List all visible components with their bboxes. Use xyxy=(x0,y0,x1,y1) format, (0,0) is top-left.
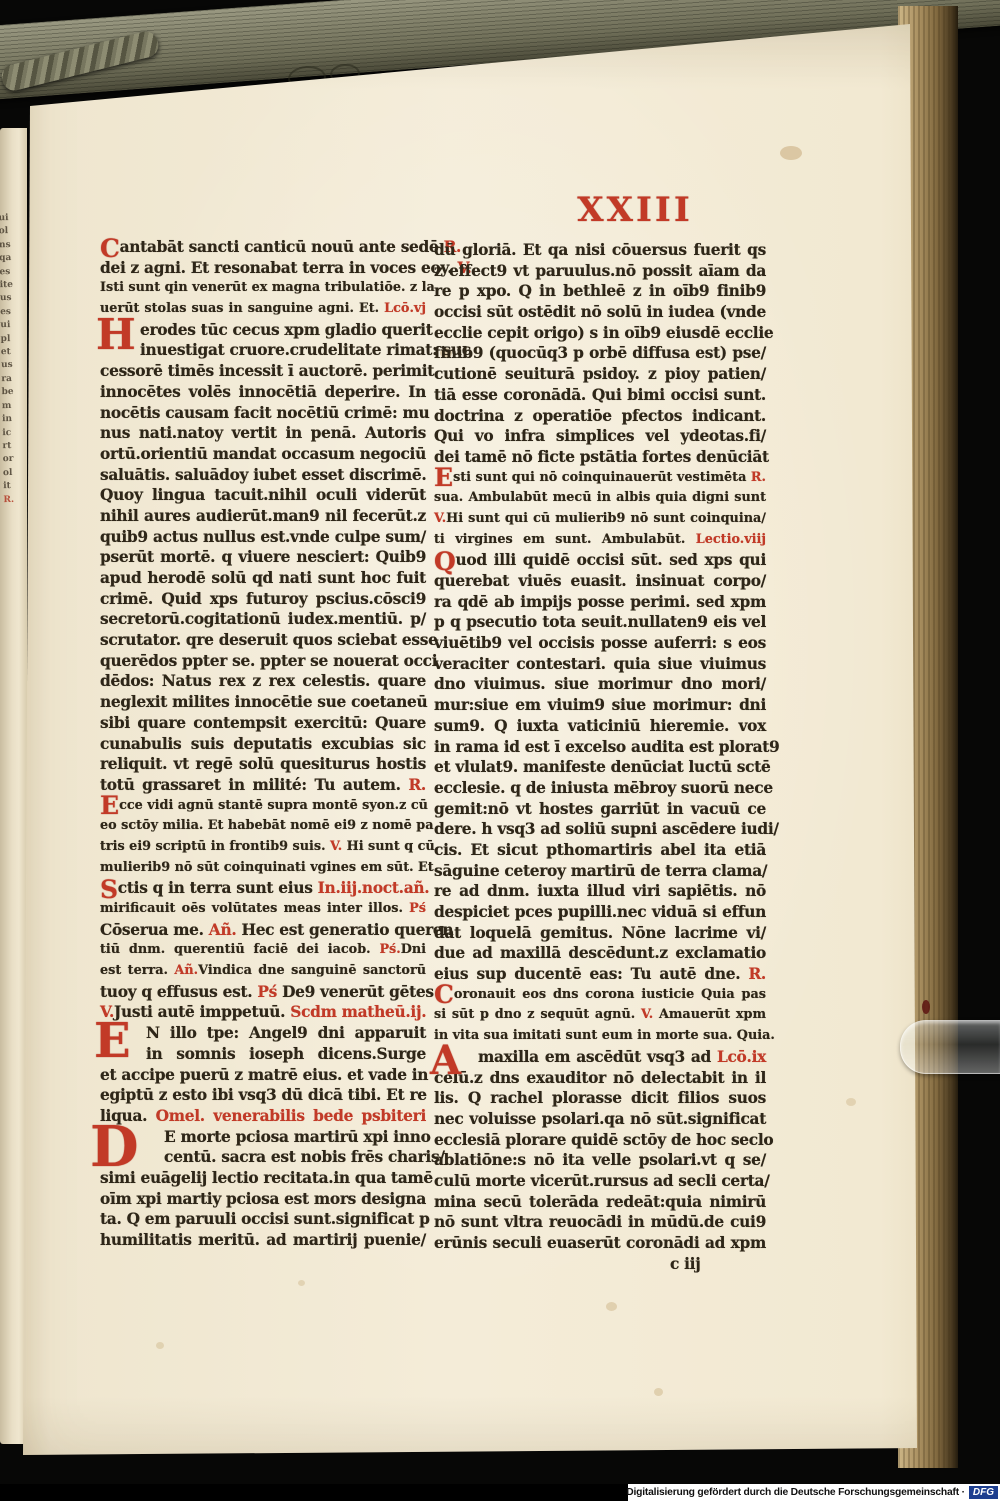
text-line: celū.z dns exauditor nō delectabit in il xyxy=(434,1068,766,1089)
text-line: occisi sūt ostēdit nō solū in iudea (vnd… xyxy=(434,302,766,323)
text-line: eius sup ducentē eas: Tu autē dne. R. xyxy=(434,964,766,985)
text-line: in vita sua imitati sunt eum in morte su… xyxy=(434,1026,766,1047)
scanned-book-page: { "page_number": "XXIII", "signature_mar… xyxy=(0,0,1000,1501)
text-line: despiciet pces pupilli.nec viduā si effu… xyxy=(434,902,766,923)
facing-page-text-fragments: uiolnsqaesiteusesuipletusrabeminicrtorol… xyxy=(0,212,24,507)
banner-row: Digitalisierung gefördert durch die Deut… xyxy=(0,1484,1000,1501)
text-line: E morte pciosa martirū xpi inno xyxy=(100,1127,426,1148)
text-line: dei tamē nō ficte pstātia fortes denūciā… xyxy=(434,447,766,468)
drop-cap-D: D xyxy=(90,1125,139,1171)
text-line: reliquit. vt regē solū quesiturus hostis xyxy=(100,754,426,775)
gutter-sliver-facing-page: uiolnsqaesiteusesuipletusrabeminicrtorol… xyxy=(0,128,27,1444)
text-line: crimē. Quid xps futuroy pscius.cōsci9 xyxy=(100,589,426,610)
text-line: Cōserua me. Añ. Hec est generatio queren xyxy=(100,920,426,941)
text-line: V.Justi autē imppetuū. Scdm matheū.ij. xyxy=(100,1002,426,1023)
text-line: oīm xpi martiy pciosa est mors designa xyxy=(100,1189,426,1210)
text-line: nocētis causam facit nocētiū crimē: mu xyxy=(100,403,426,424)
text-line: ecclie cepit origo) s in oīb9 eiusdē ecc… xyxy=(434,323,766,344)
text-line: dū gloriā. Et qa nisi cōuersus fuerit qs xyxy=(434,240,766,261)
text-line: querēdos ppter se. ppter se nouerat occi xyxy=(100,651,426,672)
text-line: totū grassaret in milité: Tu autem. R. xyxy=(100,775,426,796)
text-line: scrutator. qre deseruit quos sciebat ess… xyxy=(100,630,426,651)
text-line: est terra. Añ.Vindica dne sanguinē sanct… xyxy=(100,961,426,982)
text-line: neglexit milites innocētie sue coetaneū xyxy=(100,692,426,713)
drop-cap-A: A xyxy=(430,1045,461,1078)
text-line: mulierib9 nō sūt coinquinati vgines em s… xyxy=(100,858,426,879)
text-line: ta. Q em paruuli occisi sunt.significat … xyxy=(100,1209,426,1230)
text-line: sum9. Q iuxta vaticiniū hieremie. vox xyxy=(434,716,766,737)
text-column-left: Cantabāt sancti canticū nouū ante sedē R… xyxy=(100,237,426,1251)
text-line: innocētes volēs innocētiā deperire. In xyxy=(100,382,426,403)
text-line: dat loquelā gemitus. Nōne lacrime vi/ xyxy=(434,923,766,944)
text-line: sibi quare contempsit exercitū: Quare xyxy=(100,713,426,734)
text-line: maxilla em ascēdūt vsq3 ad Lcō.ix xyxy=(434,1047,766,1068)
text-line: nec voluisse psolari.qa nō sūt.significa… xyxy=(434,1109,766,1130)
text-line: ecclesie. q de iniusta mēbroy suorū nece xyxy=(434,778,766,799)
text-line: Sctis q in terra sunt eius In.iij.noct.a… xyxy=(100,878,426,899)
text-line: ti virgines em sunt. Ambulabūt. Lectio.v… xyxy=(434,530,766,551)
text-line: p q psecutio tota seuit.nullaten9 eis ve… xyxy=(434,612,766,633)
text-line: nihil aures audierūt.man9 nil fecerūt.z xyxy=(100,506,426,527)
text-line: due ad maxillā descēdunt.z exclamatio xyxy=(434,943,766,964)
fore-edge-stain xyxy=(922,1000,930,1014)
text-line: re ad dnm. iuxta illud viri sapiētis. nō xyxy=(434,881,766,902)
dfg-banner: Digitalisierung gefördert durch die Deut… xyxy=(628,1484,1000,1501)
text-line: erodes tūc cecus xpm gladio querit xyxy=(100,320,426,341)
text-line: dno viuimus. siue morimur dno mori/ xyxy=(434,674,766,695)
text-line: tiā esse coronādā. Qui bimi occisi sunt. xyxy=(434,385,766,406)
text-line: in somnis ioseph dicens.Surge xyxy=(100,1044,426,1065)
text-line: re p xpo. Q in bethleē z in oīb9 finib9 xyxy=(434,281,766,302)
text-line: egiptū z esto ibi vsq3 dū dicā tibi. Et … xyxy=(100,1085,426,1106)
text-line: Qui vo infra simplices vel ydeotas.fi/ xyxy=(434,426,766,447)
text-line: Isti sunt qin venerūt ex magna tribulati… xyxy=(100,278,426,299)
text-line: tris ei9 scriptū in frontib9 suis. V. Hi… xyxy=(100,837,426,858)
text-line: cutionē seuiturā psidoy. z pioy patien/ xyxy=(434,364,766,385)
text-line: sāguine ceteroy martirū de terra clama/ xyxy=(434,861,766,882)
text-line: tiū dnm. querentiū faciē dei iacob. Pś.D… xyxy=(100,940,426,961)
text-line: ablatiōne:s nō ita velle psolari.vt q se… xyxy=(434,1150,766,1171)
text-line: tuoy q effusus est. Pś De9 venerūt gētes xyxy=(100,982,426,1003)
text-line: dēdos: Natus rex z rex celestis. quare xyxy=(100,671,426,692)
text-line: gemit:nō vt hostes garriūt in vacuū ce xyxy=(434,799,766,820)
page-number: XXIII xyxy=(560,190,710,230)
text-line: saluātis. saluādoy iubet esset discrimē. xyxy=(100,465,426,486)
text-line: Esti sunt qui nō coinquinauerūt vestimēt… xyxy=(434,468,766,489)
text-line: Quoy lingua tacuit.nihil oculi viderūt xyxy=(100,485,426,506)
text-line: Quod illi quidē occisi sūt. sed xps qui xyxy=(434,550,766,571)
text-line: ortū.orientiū mandat occasum negociū xyxy=(100,444,426,465)
text-line: ra qdē ab impijs posse perimi. sed xpm xyxy=(434,592,766,613)
text-line: simi euāgelij lectio recitata.in qua tam… xyxy=(100,1168,426,1189)
text-line: Coronauit eos dns corona iusticie Quia p… xyxy=(434,985,766,1006)
banner-text: Digitalisierung gefördert durch die Deut… xyxy=(626,1487,965,1498)
text-line: viuētib9 vel occisis posse auferri: s eo… xyxy=(434,633,766,654)
text-line: Ecce vidi agnū stantē supra montē syon.z… xyxy=(100,796,426,817)
text-line: lis. Q rachel plorasse dicit filios suos xyxy=(434,1088,766,1109)
text-line: si sūt p dno z sequūt agnū. V. Amauerūt … xyxy=(434,1005,766,1026)
text-line: culū morte vicerūt.rursus ad secli certa… xyxy=(434,1171,766,1192)
text-line: in rama id est ī excelso audita est plor… xyxy=(434,737,766,758)
page-holder-strip xyxy=(900,1020,1000,1074)
text-line: liqua. Omel. venerabilis bede psbiteri xyxy=(100,1106,426,1127)
text-line: uerūt stolas suas in sanguine agni. Et. … xyxy=(100,299,426,320)
text-line: mina secū tolerāda redeāt:quia nimirū xyxy=(434,1192,766,1213)
text-line: z effect9 vt paruulus.nō possit aīam da xyxy=(434,261,766,282)
text-line: sua. Ambulabūt mecū in albis quia digni … xyxy=(434,488,766,509)
text-line: finib9 (quocūq3 p orbē diffusa est) pse/ xyxy=(434,343,766,364)
text-line: nus nati.natoy vertit in penā. Autoris xyxy=(100,423,426,444)
text-line: querebat viuēs euasit. insinuat corpo/ xyxy=(434,571,766,592)
text-line: dei z agni. Et resonabat terra in voces … xyxy=(100,258,426,279)
text-line: quib9 actus nullus est.vnde culpe sum/ xyxy=(100,527,426,548)
drop-cap-H: H xyxy=(96,318,136,352)
text-line: erūnis seculi euaserūt coronādi ad xpm xyxy=(434,1233,766,1254)
text-line: doctrina z operatiōe pfectos indicant. xyxy=(434,406,766,427)
text-line: cunabulis suis deputatis excubias sic xyxy=(100,734,426,755)
text-line: eo sctōy milia. Et habebāt nomē ei9 z no… xyxy=(100,816,426,837)
text-line: veraciter contestari. quia siue viuimus xyxy=(434,654,766,675)
dfg-logo: DFG xyxy=(969,1486,998,1499)
drop-cap-E: E xyxy=(94,1022,131,1061)
text-line: humilitatis meritū. ad martirij puenie/ xyxy=(100,1230,426,1251)
text-line: nō sunt vltra reuocādi in mūdū.de cui9 xyxy=(434,1212,766,1233)
text-line: cessorē timēs incessit ī auctorē. perimi… xyxy=(100,361,426,382)
text-line: N illo tpe: Angel9 dni apparuit xyxy=(100,1023,426,1044)
text-line: inuestigat cruore.crudelitate rimat: suc xyxy=(100,340,426,361)
text-line: centū. sacra est nobis frēs charis/ xyxy=(100,1147,426,1168)
text-line: mur:siue em viuim9 siue morimur: dni xyxy=(434,695,766,716)
text-line: cis. Et sicut pthomartiris abel ita etiā xyxy=(434,840,766,861)
text-line: Cantabāt sancti canticū nouū ante sedē R… xyxy=(100,237,426,258)
text-line: et vlulat9. manifeste denūciat luctū sct… xyxy=(434,757,766,778)
text-line: mirificauit oēs volūtates meas inter ill… xyxy=(100,899,426,920)
text-line: c iij xyxy=(434,1254,766,1275)
text-line: dere. h vsq3 ad soliū supni ascēdere iud… xyxy=(434,819,766,840)
text-line: et accipe puerū z matrē eius. et vade in xyxy=(100,1065,426,1086)
text-line: apud herodē solū qd nati sunt hoc fuit xyxy=(100,568,426,589)
text-line: pserūt mortē. q viuere nesciert: Quib9 xyxy=(100,547,426,568)
text-line: secretorū.cogitationū iudex.mentiū. p/ xyxy=(100,609,426,630)
text-line: ecclesiā plorare quidē sctōy de hoc secl… xyxy=(434,1130,766,1151)
text-column-right: dū gloriā. Et qa nisi cōuersus fuerit qs… xyxy=(434,240,766,1274)
text-line: V.Hi sunt qui cū mulierib9 nō sunt coinq… xyxy=(434,509,766,530)
